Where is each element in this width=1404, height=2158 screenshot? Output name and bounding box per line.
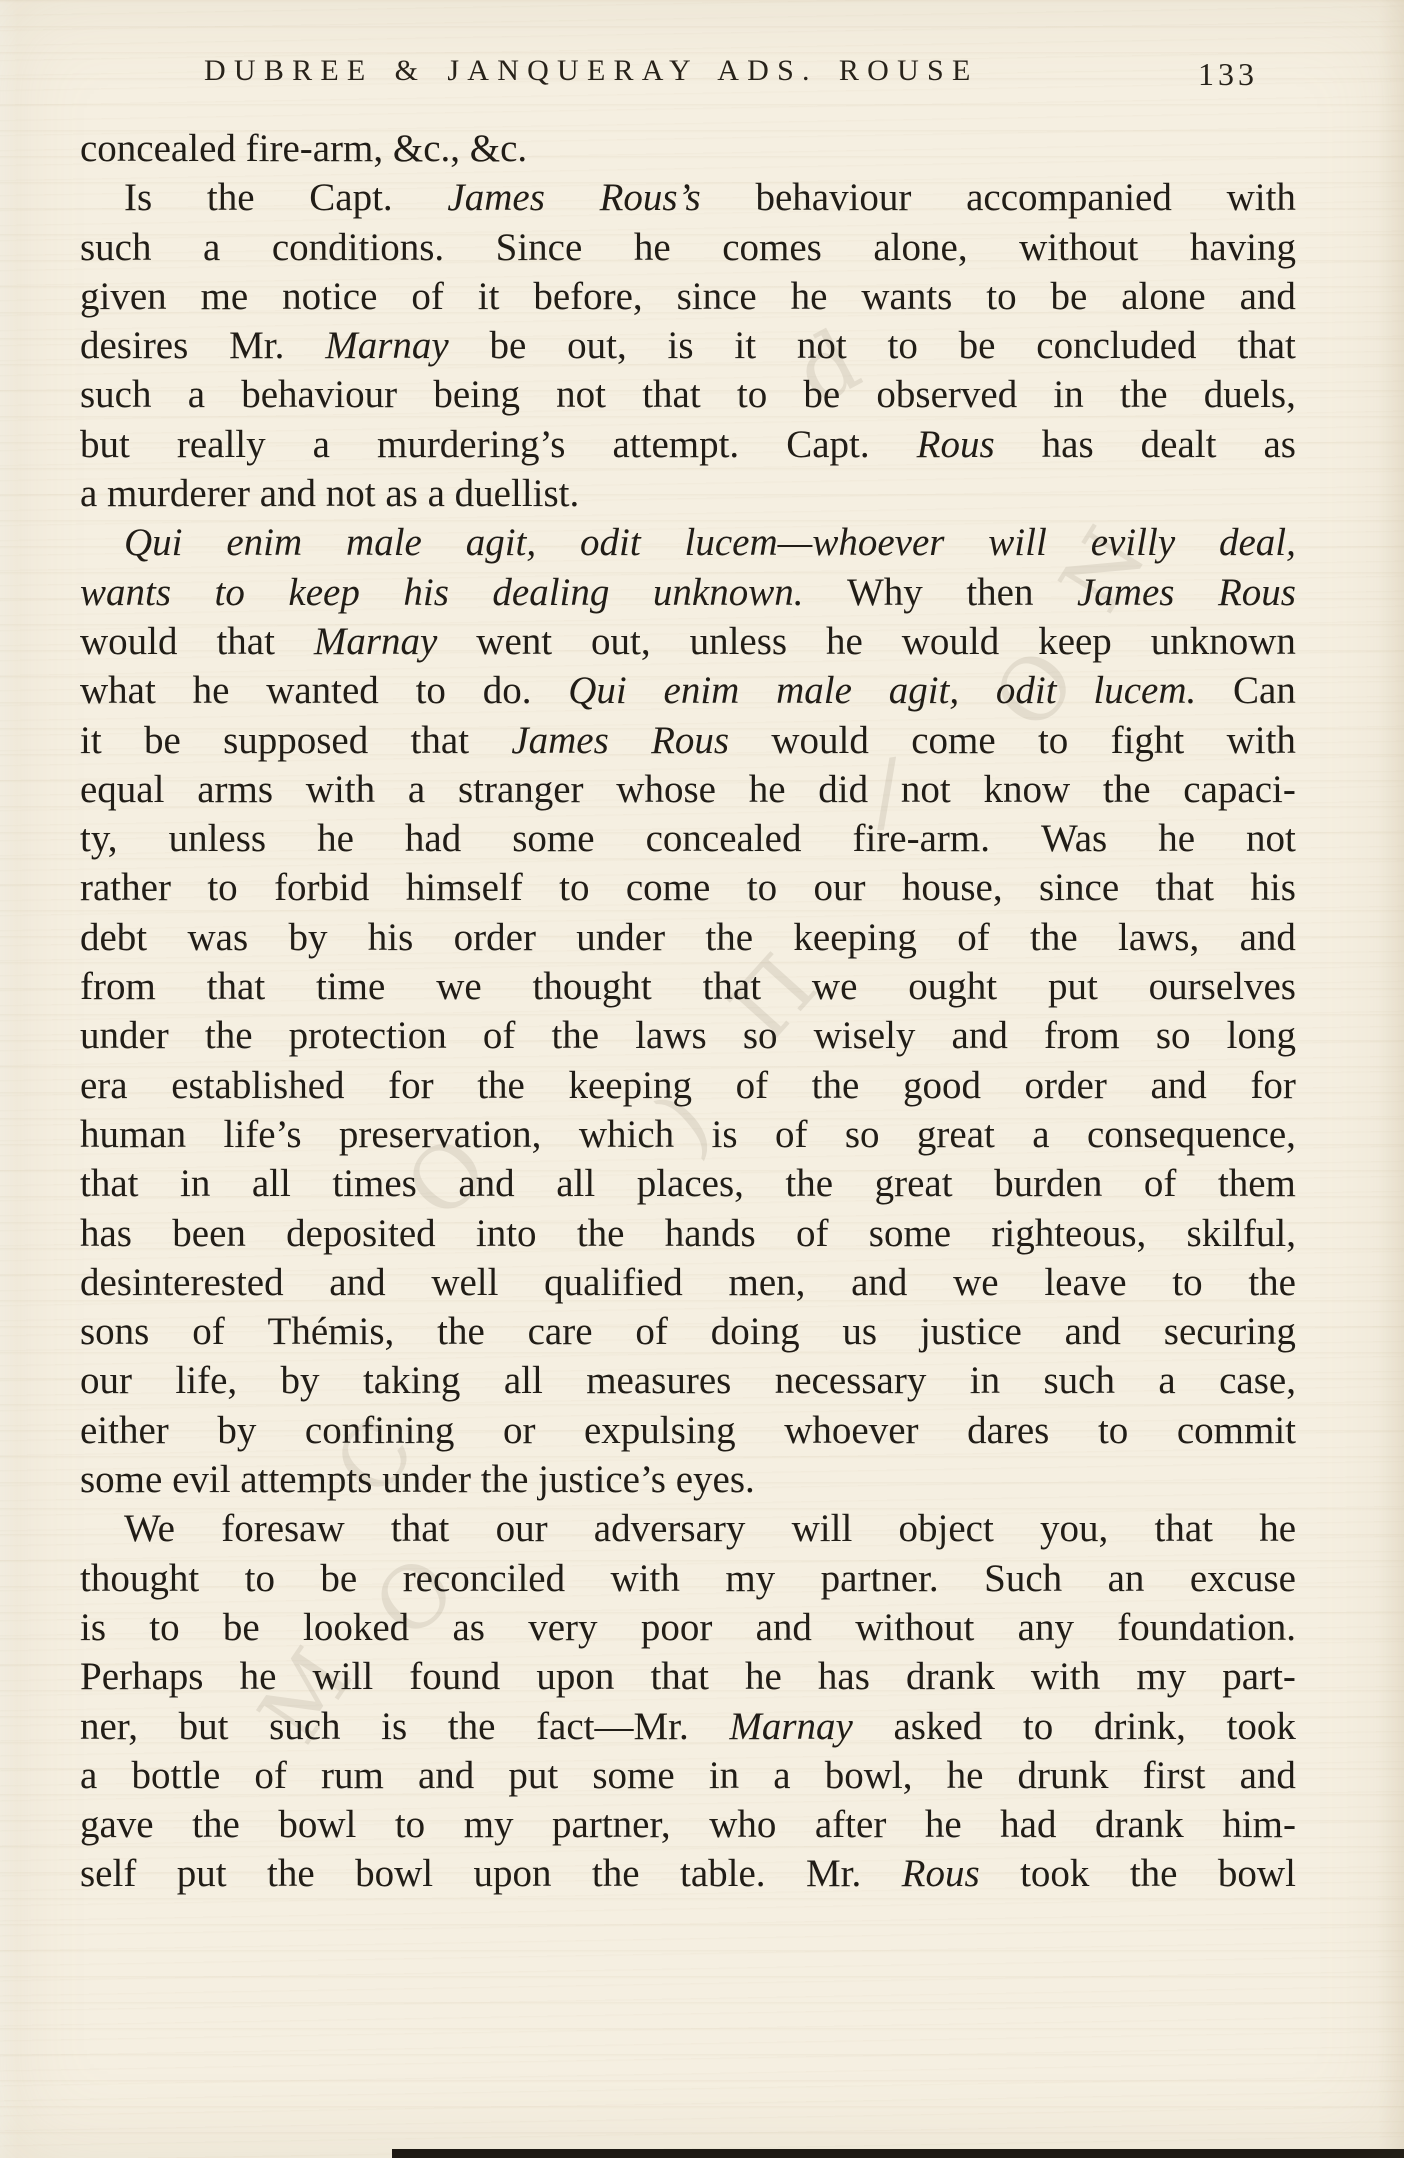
word: with — [1227, 173, 1296, 222]
word: very — [528, 1603, 597, 1652]
word: to — [737, 370, 767, 419]
word: it — [478, 272, 500, 321]
word: by — [281, 1356, 320, 1405]
word: whoever — [784, 1406, 918, 1455]
text-line: whathewantedtodo.Quienimmaleagit,oditluc… — [80, 666, 1296, 715]
word: by — [288, 913, 327, 962]
word: life’s — [224, 1110, 302, 1159]
text-line: wantstokeephisdealingunknown.WhythenJame… — [80, 568, 1296, 617]
text-line: suchaconditions.Sincehecomesalone,withou… — [80, 223, 1296, 272]
text-line: thoughttobereconciledwithmypartner.Sucha… — [80, 1554, 1296, 1603]
word: and — [1150, 1061, 1206, 1110]
word: agit, — [466, 518, 536, 567]
word: expulsing — [584, 1406, 736, 1455]
word: in — [709, 1751, 739, 1800]
word: and — [851, 1258, 907, 1307]
word: Rous — [651, 716, 729, 765]
word: such — [269, 1702, 341, 1751]
word: took — [1020, 1849, 1089, 1898]
word: Perhaps — [80, 1652, 203, 1701]
word: our — [80, 1356, 132, 1405]
word: is — [80, 1603, 106, 1652]
word: protection — [289, 1011, 447, 1060]
word: has — [80, 1209, 132, 1258]
word: Rous — [1218, 568, 1296, 617]
word: the — [205, 1011, 253, 1060]
word: leave — [1044, 1258, 1126, 1307]
word: equal — [80, 765, 164, 814]
word: evilly — [1091, 518, 1175, 567]
word: times — [332, 1159, 417, 1208]
word: life, — [175, 1356, 237, 1405]
word: agit, — [889, 666, 959, 715]
word: that — [703, 962, 761, 1011]
word: what — [80, 666, 156, 715]
word: the — [448, 1702, 496, 1751]
word: them — [1218, 1159, 1296, 1208]
word: Marnay — [325, 321, 448, 370]
word: adversary — [594, 1504, 746, 1553]
word: to — [1038, 716, 1068, 765]
word: keep — [1038, 617, 1112, 666]
word: of — [483, 1011, 516, 1060]
word: Since — [496, 223, 583, 272]
text-line: ner,butsuchisthefact—Mr.Marnayaskedtodri… — [80, 1702, 1296, 1751]
word: he — [193, 666, 230, 715]
text-line: ty,unlesshehadsomeconcealedfire-arm.Wash… — [80, 814, 1296, 863]
word: taking — [363, 1356, 460, 1405]
word: to — [747, 863, 777, 912]
word: doing — [711, 1307, 800, 1356]
word: Qui — [124, 518, 183, 567]
word: confining — [305, 1406, 454, 1455]
word: was — [187, 913, 248, 962]
word: time — [316, 962, 385, 1011]
word: either — [80, 1406, 169, 1455]
word: the — [267, 1849, 315, 1898]
body-text: concealed fire-arm, &c., &c.IstheCapt.Ja… — [80, 124, 1296, 1899]
word: laws — [635, 1011, 707, 1060]
word: men, — [729, 1258, 806, 1307]
word: of — [192, 1307, 225, 1356]
word: come — [626, 863, 710, 912]
word: and — [756, 1603, 812, 1652]
word: for — [388, 1061, 433, 1110]
word: so — [845, 1110, 880, 1159]
word: the — [192, 1800, 240, 1849]
word: we — [436, 962, 481, 1011]
word: Was — [1041, 814, 1107, 863]
word: drank — [1095, 1800, 1184, 1849]
word: me — [201, 272, 249, 321]
word: to — [1098, 1406, 1128, 1455]
word: care — [528, 1307, 593, 1356]
word: asked — [893, 1702, 982, 1751]
text-line: hasbeendepositedintothehandsofsomerighte… — [80, 1209, 1296, 1258]
word: righteous, — [991, 1209, 1146, 1258]
word: is — [712, 1110, 738, 1159]
word: to — [207, 863, 237, 912]
text-line: IstheCapt.JamesRous’sbehaviouraccompanie… — [80, 173, 1296, 222]
word: duels, — [1204, 370, 1296, 419]
word: to — [416, 666, 446, 715]
word: to — [149, 1603, 179, 1652]
word: odit — [996, 666, 1057, 715]
word: before, — [533, 272, 642, 321]
text-line: some evil attempts under the justice’s e… — [80, 1455, 1296, 1504]
word: keeping — [793, 913, 916, 962]
word: under — [80, 1011, 169, 1060]
word: who — [709, 1800, 776, 1849]
text-line: Perhapshewillfounduponthathehasdrankwith… — [80, 1652, 1296, 1701]
word: laws, — [1118, 913, 1199, 962]
word: to — [245, 1554, 275, 1603]
word: male — [346, 518, 422, 567]
word: it — [734, 321, 756, 370]
word: put — [508, 1751, 558, 1800]
word: out, — [591, 617, 651, 666]
word: that — [1154, 1504, 1212, 1553]
word: James — [447, 173, 544, 222]
word: dealing — [492, 568, 609, 617]
word: be — [959, 321, 996, 370]
word: that — [216, 617, 274, 666]
word: the — [1120, 370, 1168, 419]
word: you, — [1040, 1504, 1108, 1553]
word: such — [80, 370, 152, 419]
word: he — [826, 617, 863, 666]
text-line: sonsofThémis,thecareofdoingusjusticeands… — [80, 1307, 1296, 1356]
word: is — [381, 1702, 407, 1751]
word: without — [1019, 223, 1138, 272]
word: fight — [1111, 716, 1185, 765]
word: thought — [533, 962, 652, 1011]
word: it — [80, 716, 102, 765]
word: that — [207, 962, 265, 1011]
word: or — [503, 1406, 536, 1455]
word: to — [215, 568, 245, 617]
word: self — [80, 1849, 136, 1898]
word: as — [452, 1603, 485, 1652]
word: that — [411, 716, 469, 765]
word: the — [592, 1849, 640, 1898]
word: wanted — [266, 666, 379, 715]
text-line: Weforesawthatouradversarywillobjectyou,t… — [80, 1504, 1296, 1553]
word: unless — [690, 617, 788, 666]
word: wants — [80, 568, 171, 617]
word: with — [1031, 1652, 1100, 1701]
word: upon — [474, 1849, 552, 1898]
word: in — [1053, 370, 1083, 419]
text-line: wouldthatMarnaywentout,unlesshewouldkeep… — [80, 617, 1296, 666]
word: be — [1051, 272, 1088, 321]
word: debt — [80, 913, 147, 962]
word: part- — [1222, 1652, 1296, 1701]
word: observed — [876, 370, 1017, 419]
word: really — [177, 420, 266, 469]
word: a — [203, 223, 220, 272]
word: to — [1023, 1702, 1053, 1751]
word: he — [317, 814, 354, 863]
word: has — [1042, 420, 1094, 469]
word: enim — [226, 518, 302, 567]
word: Rous — [917, 420, 995, 469]
word: given — [80, 272, 167, 321]
word: he — [947, 1751, 984, 1800]
word: he — [1259, 1504, 1296, 1553]
word: male — [776, 666, 852, 715]
word: gave — [80, 1800, 154, 1849]
word: foundation. — [1117, 1603, 1296, 1652]
word: dealt — [1141, 420, 1217, 469]
word: be — [320, 1554, 357, 1603]
word: preservation, — [339, 1110, 542, 1159]
word: been — [172, 1209, 246, 1258]
word: be — [223, 1603, 260, 1652]
word: would — [902, 617, 1000, 666]
word: the — [1130, 1849, 1178, 1898]
word: poor — [641, 1603, 713, 1652]
word: with — [611, 1554, 680, 1603]
word: a — [773, 1751, 790, 1800]
word: come — [911, 716, 995, 765]
text-line: a murderer and not as a duellist. — [80, 469, 1296, 518]
word: to — [559, 863, 589, 912]
word: has — [818, 1652, 870, 1701]
word: great — [875, 1159, 953, 1208]
word: lucem—whoever — [685, 518, 945, 567]
word: so — [743, 1011, 778, 1060]
word: case, — [1219, 1356, 1296, 1405]
word: ner, — [80, 1702, 138, 1751]
word: wants — [861, 272, 952, 321]
word: for — [1250, 1061, 1295, 1110]
word: Such — [984, 1554, 1062, 1603]
word: qualified — [544, 1258, 683, 1307]
word: did — [818, 765, 868, 814]
word: to — [1172, 1258, 1202, 1307]
word: of — [254, 1751, 287, 1800]
word: table. — [680, 1849, 766, 1898]
word: rather — [80, 863, 171, 912]
word: Marnay — [314, 617, 437, 666]
word: bowl — [355, 1849, 433, 1898]
word: human — [80, 1110, 186, 1159]
word: Capt. — [309, 173, 392, 222]
word: Qui — [568, 666, 627, 715]
word: would — [80, 617, 178, 666]
word: the — [577, 1209, 625, 1258]
word: and — [329, 1258, 385, 1307]
word: of — [957, 913, 990, 962]
word: alone, — [873, 223, 967, 272]
word: and — [1240, 272, 1296, 321]
word: drank — [906, 1652, 995, 1701]
word: measures — [586, 1356, 731, 1405]
word: lucem. — [1093, 666, 1196, 715]
word: with — [1227, 716, 1296, 765]
word: his — [368, 913, 414, 962]
word: be — [144, 716, 181, 765]
word: notice — [282, 272, 377, 321]
word: the — [207, 173, 255, 222]
word: in — [970, 1356, 1000, 1405]
word: places, — [637, 1159, 744, 1208]
text-line: butreallyamurdering’sattempt.Capt.Rousha… — [80, 420, 1296, 469]
word: put — [1048, 962, 1098, 1011]
word: James — [1077, 568, 1174, 617]
word: bowl — [1218, 1849, 1296, 1898]
word: by — [217, 1406, 256, 1455]
text-line: itbesupposedthatJamesRouswouldcometofigh… — [80, 716, 1296, 765]
word: having — [1190, 223, 1296, 272]
word: We — [124, 1504, 175, 1553]
word: he — [634, 223, 671, 272]
word: that — [391, 1504, 449, 1553]
word: deposited — [286, 1209, 435, 1258]
text-line: debtwasbyhisorderunderthekeepingofthelaw… — [80, 913, 1296, 962]
word: my — [1136, 1652, 1186, 1701]
word: comes — [722, 223, 822, 272]
word: of — [411, 272, 444, 321]
word: our — [813, 863, 865, 912]
word: we — [953, 1258, 998, 1307]
word: and — [1065, 1307, 1121, 1356]
word: established — [171, 1061, 344, 1110]
word: bowl, — [825, 1751, 913, 1800]
text-line: eraestablishedforthekeepingofthegoodorde… — [80, 1061, 1296, 1110]
word: era — [80, 1061, 128, 1110]
text-line: selfputthebowluponthetable.Mr.Roustookth… — [80, 1849, 1296, 1898]
word: he — [925, 1800, 962, 1849]
word: supposed — [223, 716, 368, 765]
word: fire-arm. — [853, 814, 991, 863]
word: attempt. — [612, 420, 739, 469]
word: that — [650, 1652, 708, 1701]
word: which — [579, 1110, 674, 1159]
word: unknown — [1151, 617, 1296, 666]
word: Marnay — [729, 1702, 852, 1751]
word: the — [1103, 765, 1151, 814]
word: order — [454, 913, 536, 962]
word: a — [1158, 1356, 1175, 1405]
word: he — [749, 765, 786, 814]
word: and — [952, 1011, 1008, 1060]
word: behaviour — [755, 173, 911, 222]
word: my — [725, 1554, 775, 1603]
word: not — [556, 370, 606, 419]
word: had — [1000, 1800, 1056, 1849]
word: so — [1156, 1011, 1191, 1060]
word: forbid — [274, 863, 369, 912]
word: enim — [664, 666, 740, 715]
word: such — [80, 223, 152, 272]
word: without — [855, 1603, 974, 1652]
word: the — [812, 1061, 860, 1110]
word: murdering’s — [377, 420, 565, 469]
word: concealed — [646, 814, 802, 863]
word: of — [635, 1307, 668, 1356]
word: after — [815, 1800, 886, 1849]
word: that — [1156, 863, 1214, 912]
word: accompanied — [966, 173, 1172, 222]
word: be — [490, 321, 527, 370]
word: justice — [920, 1307, 1022, 1356]
word: all — [556, 1159, 595, 1208]
word: but — [179, 1702, 229, 1751]
word: will — [312, 1652, 373, 1701]
word: Thémis, — [268, 1307, 395, 1356]
word: out, — [567, 321, 627, 370]
word: hands — [665, 1209, 756, 1258]
word: with — [306, 765, 375, 814]
word: put — [177, 1849, 227, 1898]
word: partner. — [821, 1554, 939, 1603]
word: object — [899, 1504, 994, 1553]
word: commit — [1177, 1406, 1296, 1455]
text-line: concealed fire-arm, &c., &c. — [80, 124, 1296, 173]
text-run: some evil attempts under the justice’s e… — [80, 1458, 755, 1501]
word: he — [240, 1652, 277, 1701]
text-line: fromthattimewethoughtthatweoughtputourse… — [80, 962, 1296, 1011]
word: the — [477, 1061, 525, 1110]
word: ourselves — [1149, 962, 1296, 1011]
text-line: gavethebowltomypartner,whoafterhehaddran… — [80, 1800, 1296, 1849]
word: order — [1025, 1061, 1107, 1110]
word: the — [1248, 1258, 1296, 1307]
word: the — [785, 1159, 833, 1208]
word: that — [642, 370, 700, 419]
word: upon — [536, 1652, 614, 1701]
word: under — [576, 913, 665, 962]
word: an — [1108, 1554, 1145, 1603]
page-number: 133 — [1198, 56, 1258, 93]
text-line: eitherbyconfiningorexpulsingwhoeverdares… — [80, 1406, 1296, 1455]
word: desires — [80, 321, 188, 370]
text-line: givenmenoticeofitbefore,sincehewantstobe… — [80, 272, 1296, 321]
word: partner, — [552, 1800, 671, 1849]
word: capaci- — [1183, 765, 1296, 814]
word: well — [431, 1258, 498, 1307]
word: our — [496, 1504, 548, 1553]
word: a — [80, 1751, 97, 1800]
word: excuse — [1190, 1554, 1296, 1603]
word: he — [791, 272, 828, 321]
word: not — [797, 321, 847, 370]
word: then — [966, 568, 1033, 617]
word: some — [592, 1751, 674, 1800]
word: drunk — [1018, 1751, 1109, 1800]
word: of — [796, 1209, 829, 1258]
word: do. — [483, 666, 532, 715]
word: bottle — [131, 1751, 220, 1800]
word: but — [80, 420, 130, 469]
word: some — [512, 814, 594, 863]
text-line: abottleofrumandputsomeinabowl,hedrunkfir… — [80, 1751, 1296, 1800]
word: that — [80, 1159, 138, 1208]
text-line: rathertoforbidhimselftocometoourhouse,si… — [80, 863, 1296, 912]
word: the — [705, 913, 753, 962]
word: wisely — [814, 1011, 916, 1060]
word: and — [1240, 913, 1296, 962]
word: some — [869, 1209, 951, 1258]
word: a — [408, 765, 425, 814]
word: that — [1237, 321, 1295, 370]
text-run: concealed fire-arm, &c., &c. — [80, 127, 527, 170]
text-line: humanlife’spreservation,whichisofsogreat… — [80, 1110, 1296, 1159]
word: be — [803, 370, 840, 419]
word: not — [901, 765, 951, 814]
